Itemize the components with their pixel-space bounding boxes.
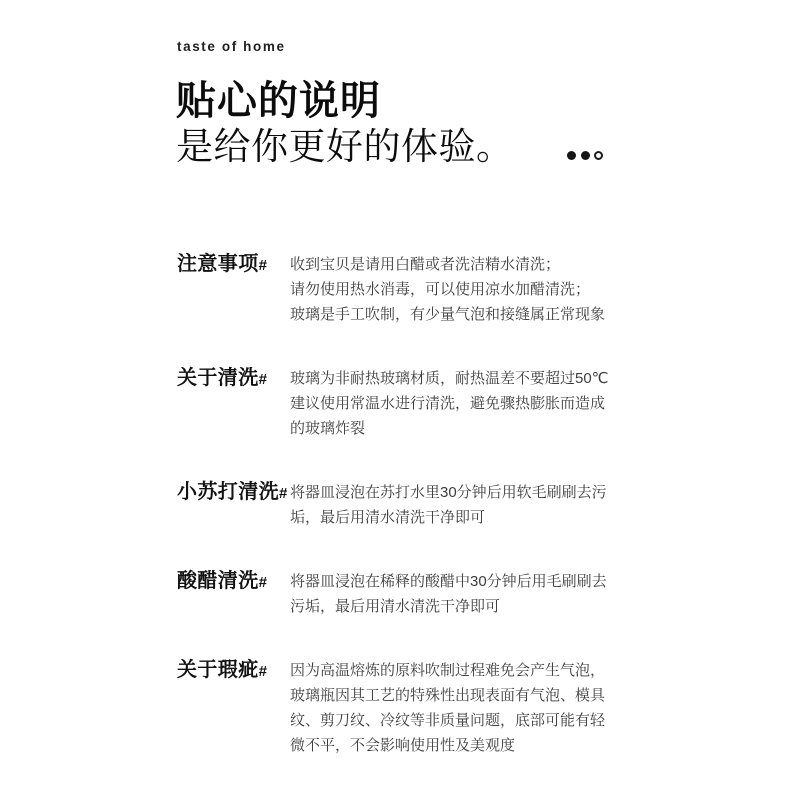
heading-block: 贴心的说明 是给你更好的体验。 xyxy=(176,78,514,170)
bullet-dot-icon xyxy=(567,151,576,160)
section-row-notes: 注意事项# 收到宝贝是请用白醋或者洗洁精水清洗； 请勿使用热水消毒，可以使用凉水… xyxy=(177,252,637,327)
section-label-text: 关于清洗 xyxy=(177,367,259,389)
hash-mark: # xyxy=(259,257,267,274)
section-label-text: 小苏打清洗 xyxy=(177,481,279,503)
brand-logo: taste of home xyxy=(177,39,286,54)
section-label: 关于瑕疵# xyxy=(177,658,290,684)
section-row-flaws: 关于瑕疵# 因为高温熔炼的原料吹制过程难免会产生气泡， 玻璃瓶因其工艺的特殊性出… xyxy=(177,658,637,758)
section-label: 注意事项# xyxy=(177,252,290,278)
page-subtitle: 是给你更好的体验。 xyxy=(176,124,514,170)
hash-mark: # xyxy=(279,485,287,502)
section-label-text: 酸醋清洗 xyxy=(177,570,259,592)
section-row-cleaning: 关于清洗# 玻璃为非耐热玻璃材质，耐热温差不要超过50℃ 建议使用常温水进行清洗… xyxy=(177,366,637,441)
product-description-page: taste of home 贴心的说明 是给你更好的体验。 注意事项# 收到宝贝… xyxy=(0,0,790,790)
page-title: 贴心的说明 xyxy=(176,78,514,124)
section-text: 玻璃为非耐热玻璃材质，耐热温差不要超过50℃ 建议使用常温水进行清洗，避免骤热膨… xyxy=(290,366,630,441)
section-text: 收到宝贝是请用白醋或者洗洁精水清洗； 请勿使用热水消毒，可以使用凉水加醋清洗； … xyxy=(290,252,630,327)
bullet-dot-icon xyxy=(581,151,590,160)
hash-mark: # xyxy=(259,663,267,680)
section-row-baking-soda: 小苏打清洗# 将器皿浸泡在苏打水里30分钟后用软毛刷刷去污 垢，最后用清水清洗干… xyxy=(177,480,637,530)
section-row-vinegar: 酸醋清洗# 将器皿浸泡在稀释的酸醋中30分钟后用毛刷刷去 污垢，最后用清水清洗干… xyxy=(177,569,637,619)
care-instruction-sections: 注意事项# 收到宝贝是请用白醋或者洗洁精水清洗； 请勿使用热水消毒，可以使用凉水… xyxy=(177,252,637,790)
section-label: 酸醋清洗# xyxy=(177,569,290,595)
section-text: 将器皿浸泡在苏打水里30分钟后用软毛刷刷去污 垢，最后用清水清洗干净即可 xyxy=(290,480,630,530)
section-text: 将器皿浸泡在稀释的酸醋中30分钟后用毛刷刷去 污垢，最后用清水清洗干净即可 xyxy=(290,569,630,619)
dots-decoration xyxy=(567,151,603,160)
section-label-text: 注意事项 xyxy=(177,253,259,275)
section-label: 小苏打清洗# xyxy=(177,480,290,506)
section-text: 因为高温熔炼的原料吹制过程难免会产生气泡， 玻璃瓶因其工艺的特殊性出现表面有气泡… xyxy=(290,658,630,758)
hash-mark: # xyxy=(259,371,267,388)
bullet-ring-icon xyxy=(594,151,603,160)
hash-mark: # xyxy=(259,574,267,591)
section-label: 关于清洗# xyxy=(177,366,290,392)
section-label-text: 关于瑕疵 xyxy=(177,659,259,681)
